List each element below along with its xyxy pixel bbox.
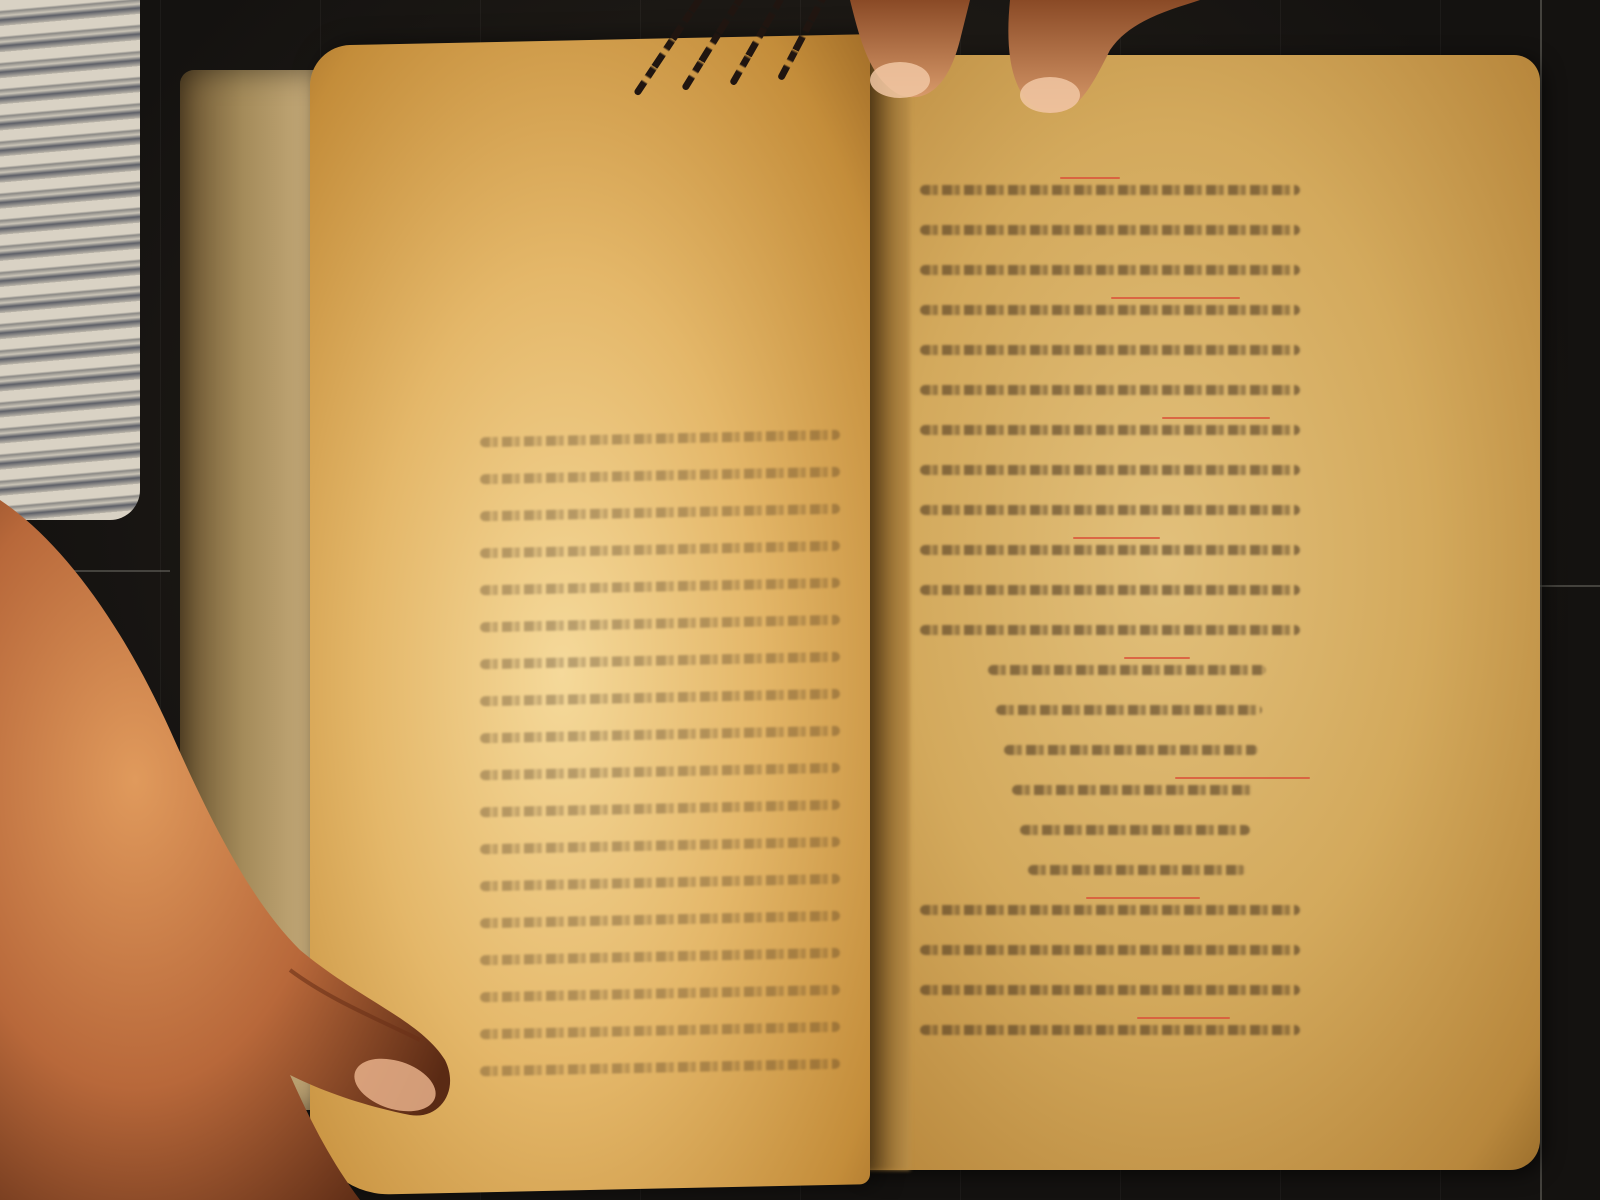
faded-script-line	[480, 578, 840, 596]
faded-script-line	[480, 541, 840, 559]
faded-script-line	[480, 467, 840, 485]
script-line	[1004, 745, 1258, 755]
right-page	[860, 55, 1540, 1170]
script-line	[920, 305, 1300, 315]
faded-script-line	[480, 985, 840, 1003]
script-line	[920, 905, 1300, 915]
mat-grid-line	[1540, 0, 1542, 1200]
faded-script-line	[480, 911, 840, 929]
script-line	[920, 985, 1300, 995]
red-rubric-line	[1124, 657, 1190, 659]
script-line	[920, 385, 1300, 395]
script-line	[1012, 785, 1254, 795]
script-line	[920, 1025, 1300, 1035]
faded-script-line	[480, 800, 840, 818]
faded-script-line	[480, 874, 840, 892]
faded-script-line	[480, 689, 840, 707]
script-line	[920, 625, 1300, 635]
left-hand	[0, 500, 470, 1200]
faded-script-line	[480, 837, 840, 855]
script-line	[920, 945, 1300, 955]
top-right-hand	[830, 0, 1210, 130]
red-rubric-line	[1060, 177, 1120, 179]
script-line	[920, 505, 1300, 515]
red-rubric-line	[1111, 297, 1240, 299]
script-line	[920, 465, 1300, 475]
script-line	[920, 225, 1300, 235]
faded-script-line	[480, 504, 840, 522]
faded-script-line	[480, 948, 840, 966]
faded-script-line	[480, 615, 840, 633]
script-line	[920, 545, 1300, 555]
script-line	[988, 665, 1266, 675]
striped-sleeve	[0, 0, 140, 520]
script-line	[996, 705, 1262, 715]
faded-script-line	[480, 763, 840, 781]
faded-script-line	[480, 1059, 840, 1077]
red-rubric-line	[1137, 1017, 1230, 1019]
red-rubric-line	[1086, 897, 1200, 899]
script-line	[1028, 865, 1246, 875]
faded-script-line	[480, 430, 840, 448]
script-line	[920, 265, 1300, 275]
red-rubric-line	[1073, 537, 1160, 539]
faded-script-line	[480, 1022, 840, 1040]
script-line	[920, 345, 1300, 355]
red-rubric-line	[1162, 417, 1270, 419]
red-rubric-line	[1175, 777, 1310, 779]
script-line	[1020, 825, 1250, 835]
faded-script-line	[480, 652, 840, 670]
script-line	[920, 425, 1300, 435]
manuscript-photo	[0, 0, 1600, 1200]
faded-script-line	[480, 726, 840, 744]
script-line	[920, 585, 1300, 595]
script-line	[920, 185, 1300, 195]
